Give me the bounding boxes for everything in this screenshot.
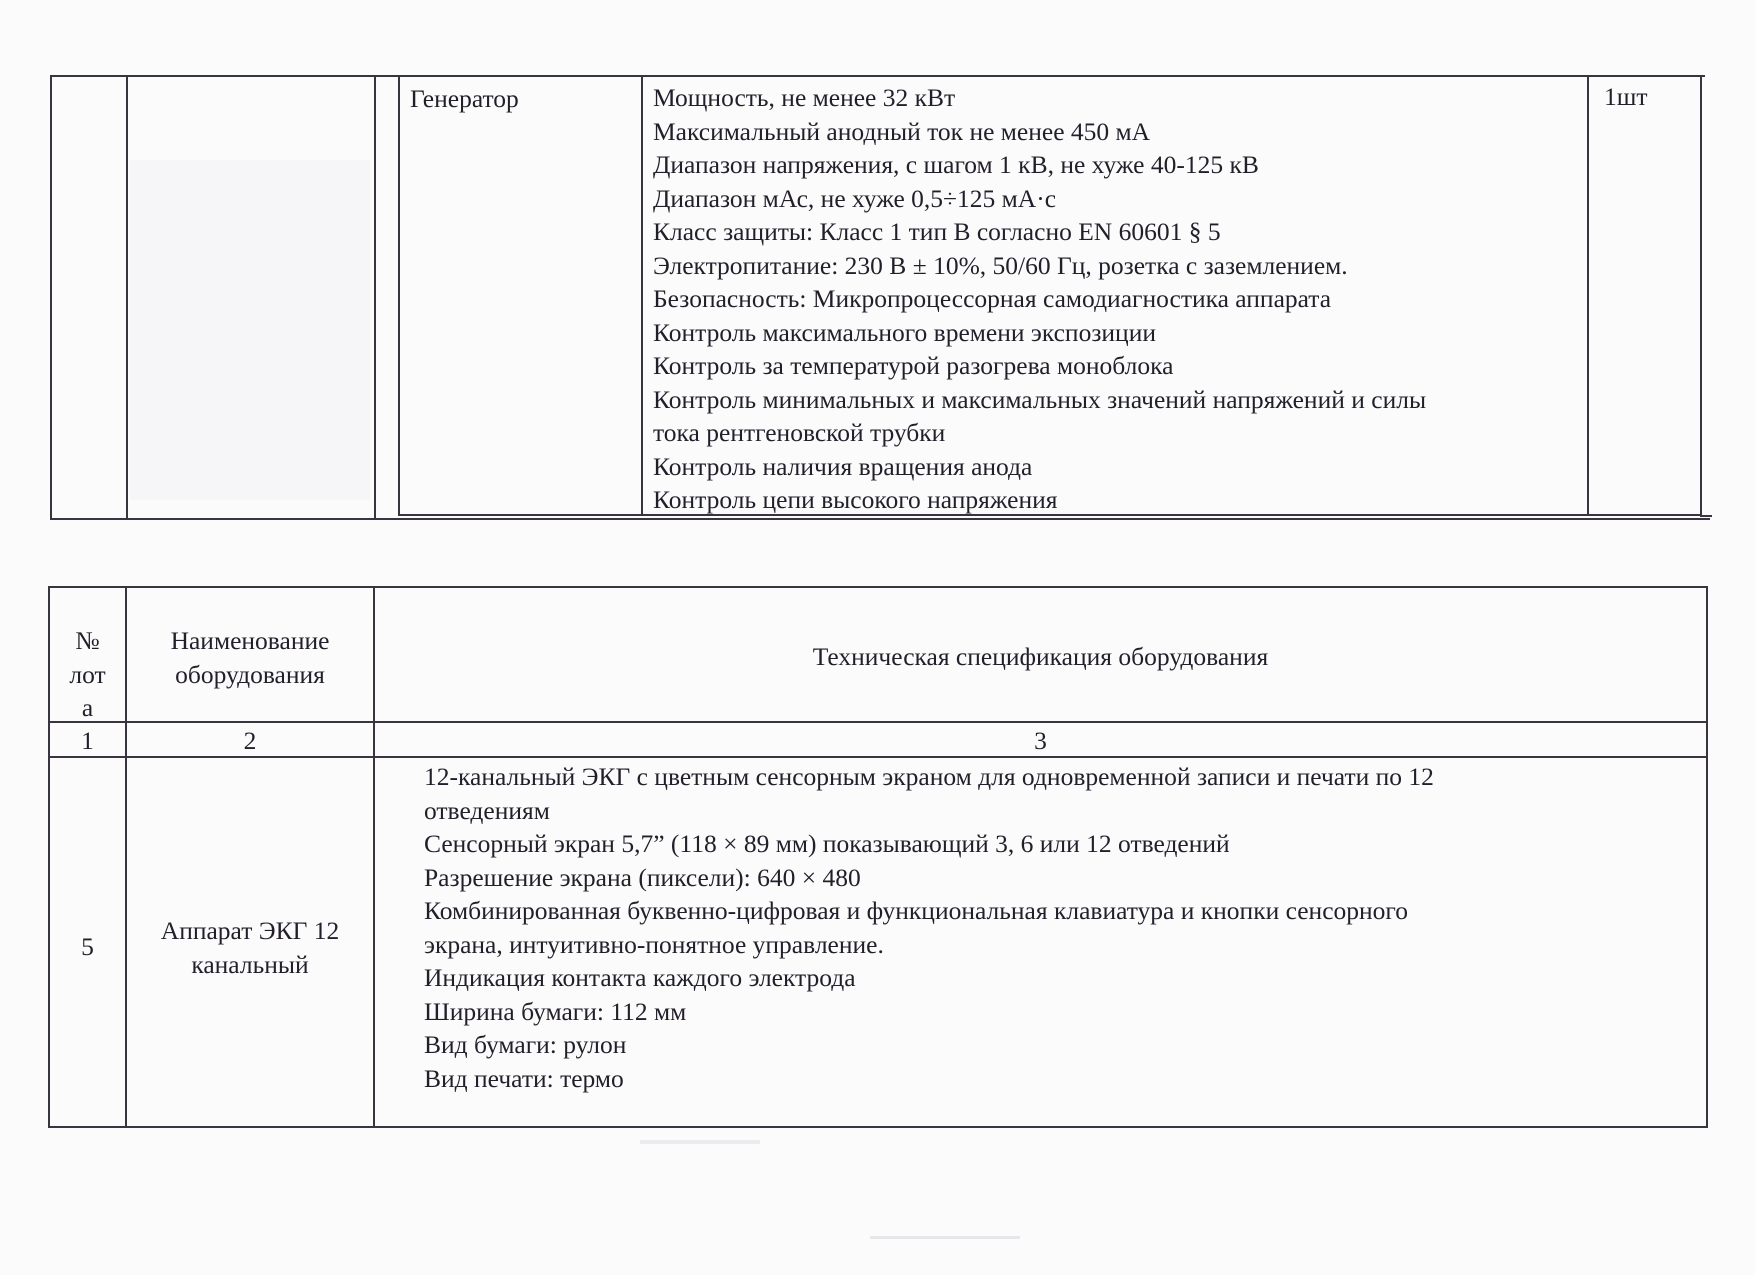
scan-texture xyxy=(130,160,370,500)
spec-line: Разрешение экрана (пиксели): 640 × 480 xyxy=(424,861,1434,895)
table-border xyxy=(48,1126,1708,1128)
spec-line: Вид бумаги: рулон xyxy=(424,1028,1434,1062)
spec-line: Контроль за температурой разогрева моноб… xyxy=(653,349,1426,383)
column-divider xyxy=(374,75,376,520)
spec-line: Контроль наличия вращения анода xyxy=(653,450,1426,484)
header-text: № xyxy=(50,624,125,658)
header-text: а xyxy=(50,691,125,725)
column-index: 1 xyxy=(50,724,125,758)
spec-line: Безопасность: Микропроцессорная самодиаг… xyxy=(653,282,1426,316)
header-text: оборудования xyxy=(127,658,373,692)
spec-line: Контроль минимальных и максимальных знач… xyxy=(653,383,1426,417)
column-index: 2 xyxy=(127,724,373,758)
spec-line: Контроль максимального времени экспозици… xyxy=(653,316,1426,350)
table-border xyxy=(50,75,52,520)
spec-line: тока рентгеновской трубки xyxy=(653,416,1426,450)
spec-line: 12-канальный ЭКГ с цветным сенсорным экр… xyxy=(424,760,1434,794)
spec-line: Мощность, не менее 32 кВт xyxy=(653,81,1426,115)
header-lot-number: № лот а xyxy=(50,624,125,725)
inner-table-border xyxy=(398,75,400,515)
spec-line: экрана, интуитивно-понятное управление. xyxy=(424,928,1434,962)
spec-line: Максимальный анодный ток не менее 450 мА xyxy=(653,115,1426,149)
spec-line: Диапазон мАс, не хуже 0,5÷125 мА·с xyxy=(653,182,1426,216)
scan-artifact xyxy=(640,1140,760,1144)
spec-line: отведениям xyxy=(424,794,1434,828)
header-equipment-name: Наименование оборудования xyxy=(127,624,373,691)
spec-line: Индикация контакта каждого электрода xyxy=(424,961,1434,995)
header-text: лот xyxy=(50,658,125,692)
spec-line: Комбинированная буквенно-цифровая и функ… xyxy=(424,894,1434,928)
spec-line: Класс защиты: Класс 1 тип В согласно EN … xyxy=(653,215,1426,249)
column-divider xyxy=(641,75,643,515)
table-border xyxy=(1706,586,1708,1128)
spec-line: Контроль цепи высокого напряжения xyxy=(653,483,1426,517)
column-index: 3 xyxy=(375,724,1706,758)
spec-line: Вид печати: термо xyxy=(424,1062,1434,1096)
spec-line: Диапазон напряжения, с шагом 1 кВ, не ху… xyxy=(653,148,1426,182)
scan-artifact xyxy=(870,1236,1020,1239)
inner-table-border xyxy=(1700,75,1702,515)
quantity: 1шт xyxy=(1604,80,1648,114)
equipment-name-line: канальный xyxy=(127,948,373,982)
lot-number: 5 xyxy=(50,930,125,964)
equipment-name: Аппарат ЭКГ 12 канальный xyxy=(127,914,373,981)
ecg-specs: 12-канальный ЭКГ с цветным сенсорным экр… xyxy=(424,760,1434,1095)
header-tech-spec: Техническая спецификация оборудования xyxy=(375,640,1706,674)
spec-line: Сенсорный экран 5,7” (118 × 89 мм) показ… xyxy=(424,827,1434,861)
component-name: Генератор xyxy=(410,82,519,116)
equipment-name-line: Аппарат ЭКГ 12 xyxy=(127,914,373,948)
row-divider xyxy=(48,721,1706,723)
table-border xyxy=(1700,515,1712,517)
column-divider xyxy=(1587,75,1589,515)
table-border xyxy=(48,586,1706,588)
generator-specs: Мощность, не менее 32 кВт Максимальный а… xyxy=(653,81,1426,517)
table-border xyxy=(50,75,1705,77)
column-divider xyxy=(126,75,128,520)
table-border xyxy=(50,518,1710,520)
spec-line: Ширина бумаги: 112 мм xyxy=(424,995,1434,1029)
spec-line: Электропитание: 230 В ± 10%, 50/60 Гц, р… xyxy=(653,249,1426,283)
header-text: Наименование xyxy=(127,624,373,658)
